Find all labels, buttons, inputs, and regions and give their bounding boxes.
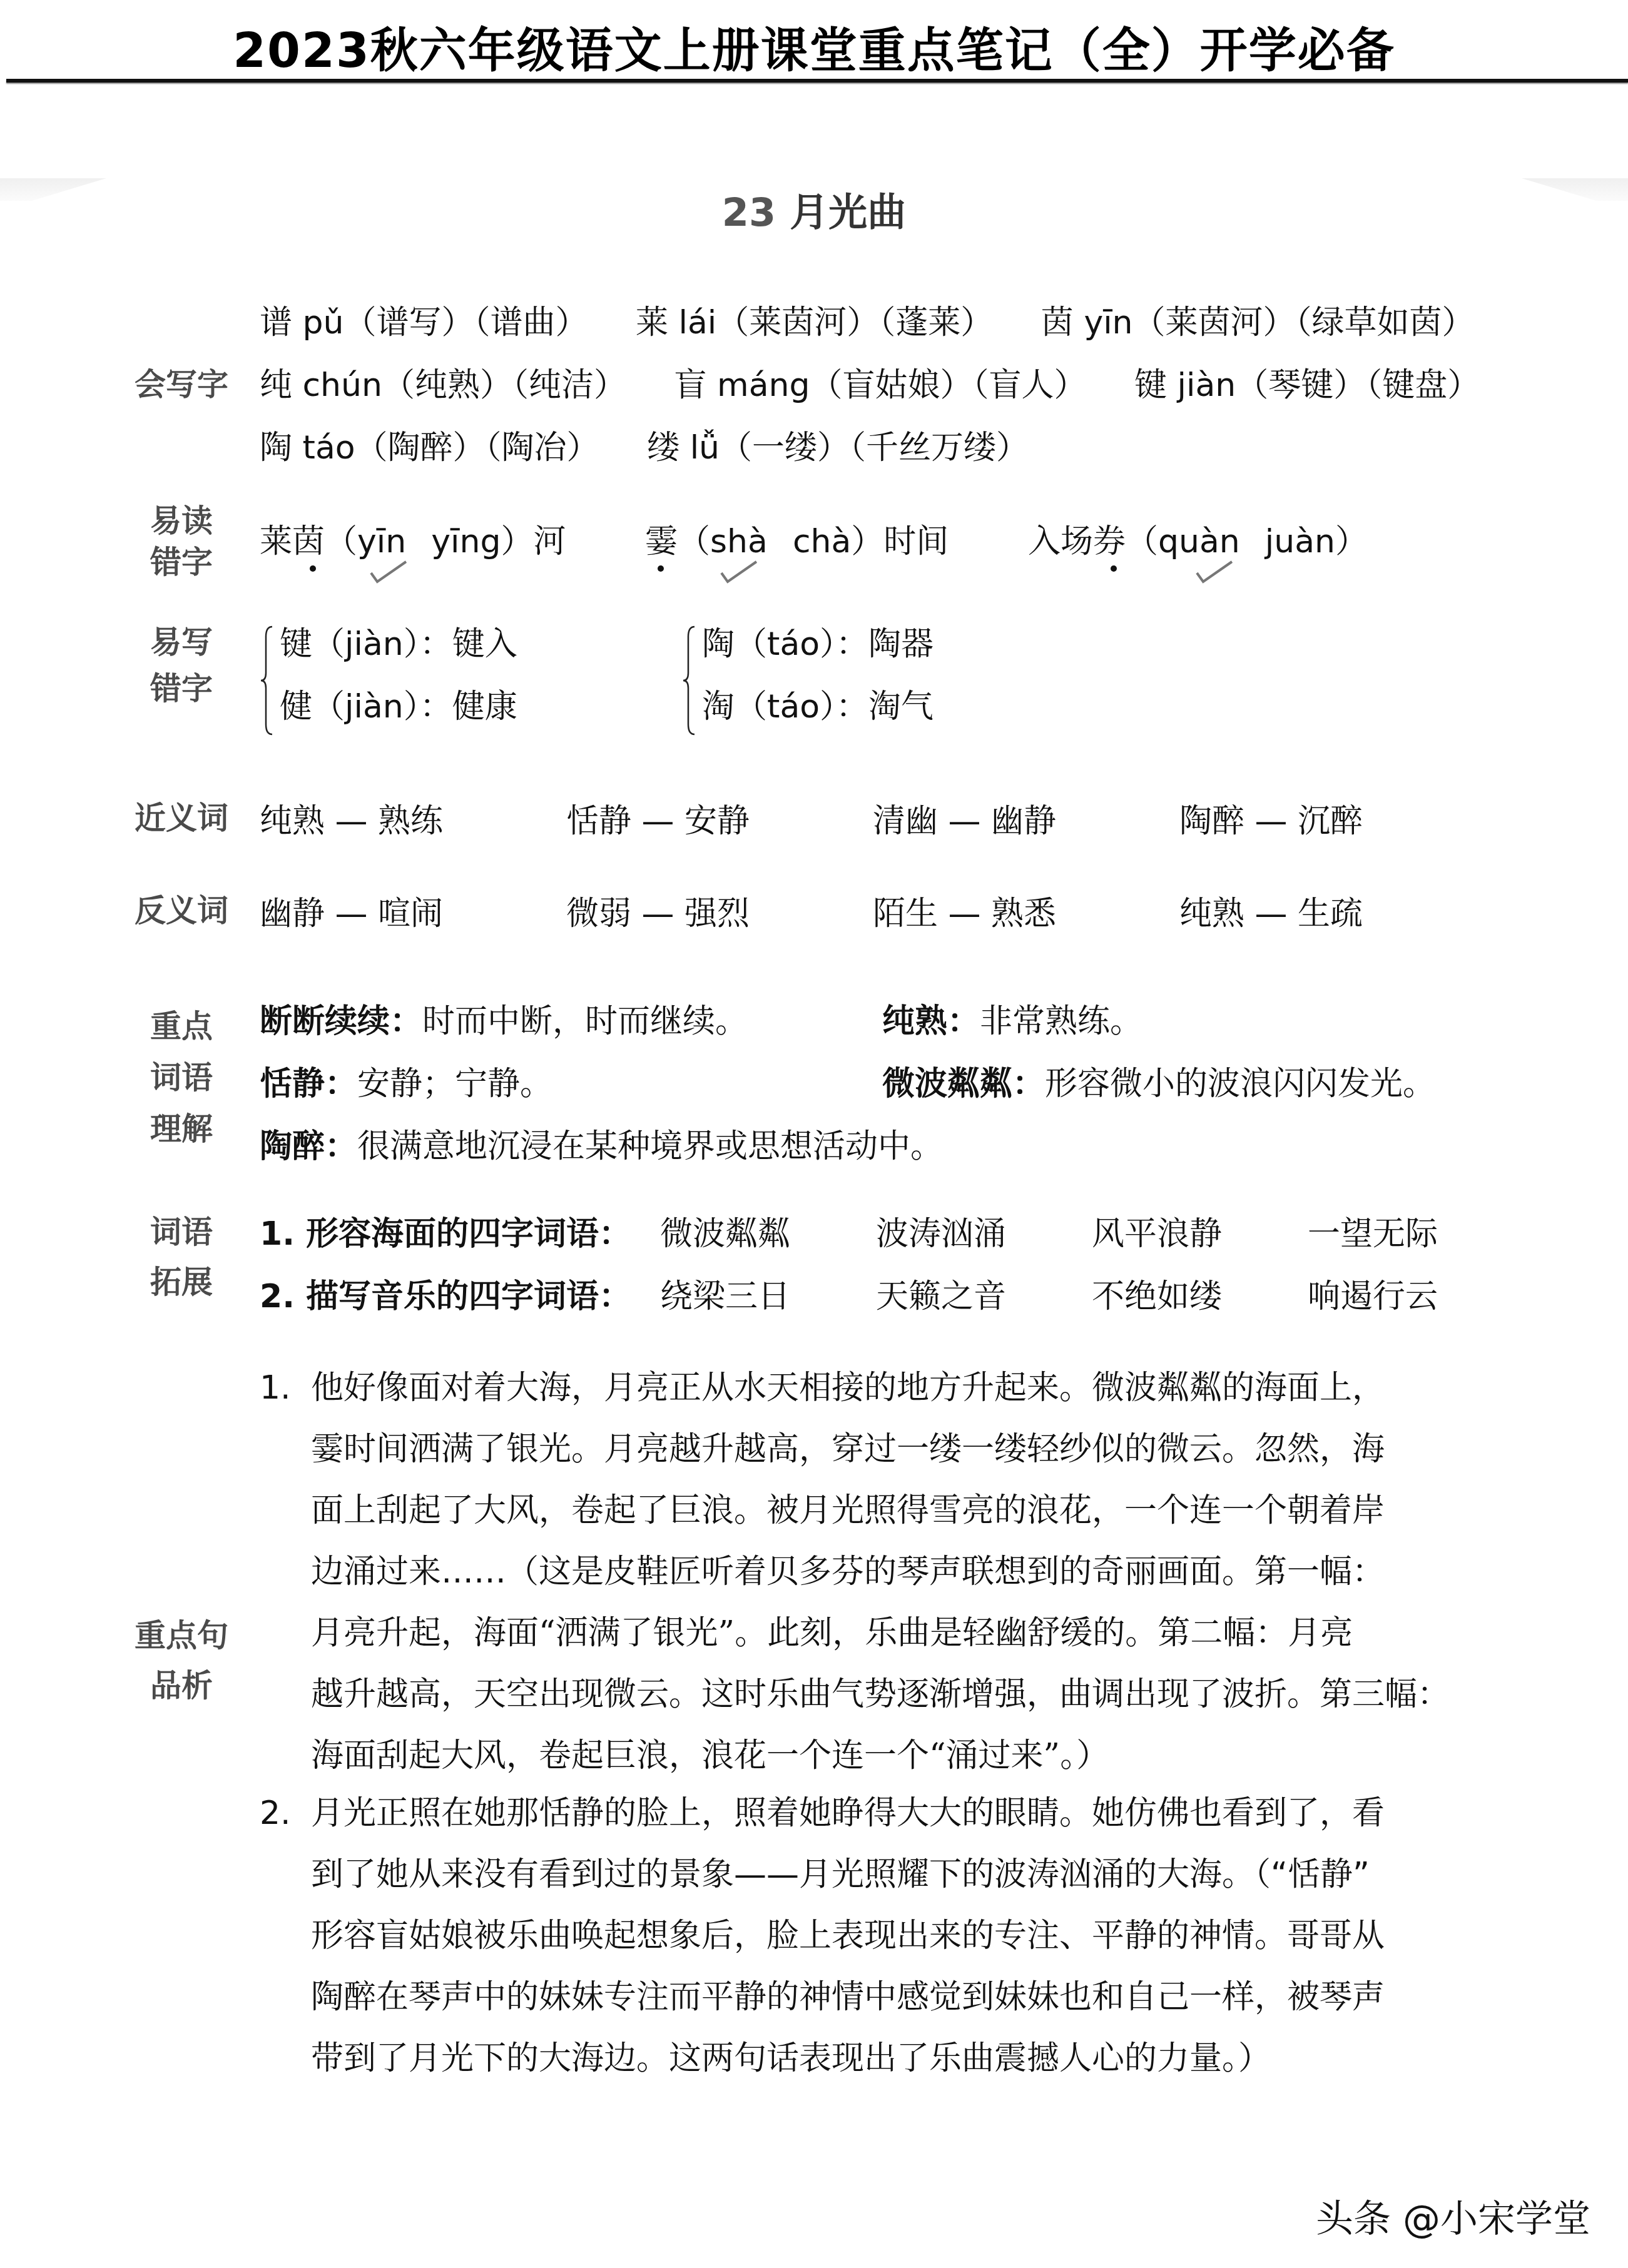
synonym-pair: 陶醉 — 沉醉 (1179, 794, 1480, 841)
paragraph-line: 带到了月光下的大海边。这两句话表现出了乐曲震撼人心的力量。） (260, 2028, 1511, 2089)
section-label-miswrite: 易写 错字 (119, 619, 244, 712)
antonym-pair: 微弱 — 强烈 (566, 887, 867, 934)
paragraph-line: 形容盲姑娘被乐曲唤起想象后，脸上表现出来的专注、平静的神情。哥哥从 (260, 1905, 1511, 1967)
write-char-item: 茵 yīn（莱茵河）（绿草如茵） (1041, 291, 1475, 354)
section-label-expansion: 词语 拓展 (119, 1207, 244, 1307)
key-word-item: 纯熟：非常熟练。 (882, 995, 1508, 1041)
key-sentence-paragraph-2: 2.月光正照在她那恬静的脸上，照着她睁得大大的眼睛。她仿佛也看到了，看 到了她从… (260, 1783, 1511, 2089)
write-chars-row-3: 陶 táo（陶醉）（陶冶） 缕 lǚ（一缕）（千丝万缕） (260, 417, 1066, 479)
section-label-write-chars: 会写字 (119, 360, 244, 410)
label-line: 重点句 (119, 1611, 244, 1661)
label-line: 拓展 (119, 1257, 244, 1307)
misread-suffix: 河 (533, 523, 566, 560)
paren: ） (501, 523, 533, 560)
label-line: 词语 (119, 1052, 244, 1103)
emphasis-dot-icon (310, 565, 316, 572)
paragraph-text: 月光正照在她那恬静的脸上，照着她睁得大大的眼睛。她仿佛也看到了，看 (311, 1795, 1385, 1832)
miswrite-entry: 淘（táo）：淘气 (702, 676, 934, 738)
key-word-definition: 时而中断，时而继续。 (422, 1003, 748, 1040)
paragraph-line: 月亮升起，海面“洒满了银光”。此刻，乐曲是轻幽舒缓的。第二幅：月亮 (260, 1602, 1511, 1664)
paragraph-line: 霎时间洒满了银光。月亮越升越高，穿过一缕一缕轻纱似的微云。忽然，海 (260, 1419, 1511, 1480)
label-line: 理解 (119, 1103, 244, 1155)
miswrite-entry: 陶（táo）：陶器 (702, 613, 934, 676)
antonym-pair: 陌生 — 熟悉 (873, 887, 1173, 934)
key-word-term: 陶醉： (260, 1128, 357, 1165)
left-brace-icon (682, 624, 696, 737)
write-char-item: 缕 lǚ（一缕）（千丝万缕） (647, 417, 1029, 479)
left-brace-icon (260, 624, 273, 737)
synonym-pair: 恬静 — 安静 (566, 794, 867, 841)
paragraph-line: 面上刮起了大风，卷起了巨浪。被月光照得雪亮的浪花，一个连一个朝着岸 (260, 1480, 1511, 1541)
paragraph-line: 到了她从来没有看到过的景象——月光照耀下的波涛汹涌的大海。（“恬静” (260, 1844, 1511, 1905)
write-char-item: 纯 chún（纯熟）（纯洁） (260, 354, 626, 417)
section-label-key-sentences: 重点句 品析 (119, 1611, 244, 1711)
label-line: 错字 (119, 542, 244, 583)
key-word-definition: 很满意地沉浸在某种境界或思想活动中。 (357, 1128, 943, 1165)
expansion-word: 响遏行云 (1308, 1270, 1608, 1317)
misread-row: 莱茵（yīnyīng）河 霎（shàchà）时间 入场券（quànjuàn） (260, 510, 1437, 573)
key-word-item: 断断续续：时而中断，时而继续。 (260, 995, 885, 1041)
paren: （ (325, 523, 357, 560)
key-word-definition: 安静；宁静。 (357, 1065, 552, 1103)
paragraph-line: 越升越高，天空出现微云。这时乐曲气势逐渐增强，曲调出现了波折。第三幅： (260, 1664, 1511, 1725)
miswrite-entry: 健（jiàn）：健康 (280, 676, 517, 738)
paragraph-text: 他好像面对着大海，月亮正从水天相接的地方升起来。微波粼粼的海面上， (311, 1369, 1385, 1407)
paragraph-line: 陶醉在琴声中的妹妹专注而平静的神情中感觉到妹妹也和自己一样，被琴声 (260, 1967, 1511, 2028)
paragraph-line: 边涌过来……（这是皮鞋匠听着贝多芬的琴声联想到的奇丽画面。第一幅： (260, 1541, 1511, 1602)
paragraph-line: 海面刮起大风，卷起巨浪，浪花一个连一个“涌过来”。） (260, 1725, 1511, 1786)
label-line: 词语 (119, 1207, 244, 1257)
pinyin-option: juàn (1265, 523, 1335, 560)
write-char-item: 莱 lái（莱茵河）（蓬莱） (636, 291, 993, 354)
section-label-antonyms: 反义词 (119, 886, 244, 936)
miswrite-group-2: 陶（táo）：陶器 淘（táo）：淘气 (682, 619, 1057, 744)
key-word-item: 微波粼粼：形容微小的波浪闪闪发光。 (882, 1057, 1570, 1104)
misread-suffix: 时间 (883, 523, 949, 560)
header-divider (6, 79, 1628, 83)
pinyin-option: yīng (431, 523, 501, 560)
label-line: 易读 (119, 500, 244, 542)
section-label-synonyms: 近义词 (119, 793, 244, 843)
page-header: 2023秋六年级语文上册课堂重点笔记（全）开学必备 (0, 0, 1628, 81)
key-word-item: 陶醉：很满意地沉浸在某种境界或思想活动中。 (260, 1120, 1198, 1167)
antonym-pair: 幽静 — 喧闹 (260, 887, 560, 934)
expansion-title: 2. 描写音乐的四字词语： (260, 1270, 660, 1317)
write-chars-row-2: 纯 chún（纯熟）（纯洁） 盲 máng（盲姑娘）（盲人） 键 jiàn（琴键… (260, 354, 1517, 417)
expansion-word: 一望无际 (1308, 1207, 1608, 1254)
paren: ） (851, 523, 883, 560)
emphasis-dot-icon (658, 565, 664, 572)
miswrite-group-1: 键（jiàn）：键入 健（jiàn）：健康 (260, 619, 635, 744)
lesson-title: 月光曲 (790, 190, 906, 235)
paragraph-line: 2.月光正照在她那恬静的脸上，照着她睁得大大的眼睛。她仿佛也看到了，看 (260, 1783, 1511, 1844)
expansion-title: 1. 形容海面的四字词语： (260, 1207, 660, 1254)
write-char-item: 键 jiàn（琴键）（键盘） (1134, 354, 1480, 417)
label-line: 易写 (119, 619, 244, 666)
write-char-item: 陶 táo（陶醉）（陶冶） (260, 417, 599, 479)
key-word-term: 微波粼粼： (882, 1065, 1045, 1103)
misread-word: 霎 (645, 523, 678, 560)
miswrite-entry: 键（jiàn）：键入 (280, 613, 517, 676)
paragraph-number: 1. (260, 1357, 311, 1419)
antonym-pair: 纯熟 — 生疏 (1179, 887, 1480, 934)
write-char-item: 谱 pǔ（谱写）（谱曲） (260, 291, 588, 354)
emphasis-dot-icon (1111, 565, 1117, 572)
synonym-pair: 清幽 — 幽静 (873, 794, 1173, 841)
checkmark-icon (370, 559, 407, 584)
lesson-heading: 23月光曲 (0, 181, 1628, 237)
key-word-term: 恬静： (260, 1065, 357, 1103)
misread-word: 入场券 (1028, 523, 1126, 560)
write-char-item: 盲 máng（盲姑娘）（盲人） (674, 354, 1087, 417)
synonym-pair: 纯熟 — 熟练 (260, 794, 560, 841)
key-word-item: 恬静：安静；宁静。 (260, 1057, 885, 1104)
checkmark-icon (1196, 559, 1233, 584)
key-word-definition: 形容微小的波浪闪闪发光。 (1045, 1065, 1435, 1103)
pinyin-option: chà (793, 523, 851, 560)
write-chars-row-1: 谱 pǔ（谱写）（谱曲） 莱 lái（莱茵河）（蓬莱） 茵 yīn（莱茵河）（绿… (260, 291, 1512, 354)
pinyin-option-correct: yīn (357, 523, 406, 560)
pinyin-option-correct: quàn (1158, 523, 1240, 560)
section-label-misread: 易读 错字 (119, 500, 244, 583)
misread-item: 入场券（quànjuàn） (1028, 510, 1368, 573)
label-line: 品析 (119, 1661, 244, 1711)
key-sentence-paragraph-1: 1.他好像面对着大海，月亮正从水天相接的地方升起来。微波粼粼的海面上， 霎时间洒… (260, 1357, 1511, 1786)
key-word-definition: 非常熟练。 (980, 1003, 1142, 1040)
lesson-number: 23 (722, 190, 776, 235)
paren: ） (1335, 523, 1368, 560)
misread-item: 霎（shàchà）时间 (645, 510, 949, 573)
paragraph-line: 1.他好像面对着大海，月亮正从水天相接的地方升起来。微波粼粼的海面上， (260, 1357, 1511, 1419)
paren: （ (678, 523, 710, 560)
misread-word: 莱茵 (260, 523, 325, 560)
label-line: 重点 (119, 1001, 244, 1052)
key-word-term: 断断续续： (260, 1003, 422, 1040)
label-line: 错字 (119, 666, 244, 712)
paren: （ (1126, 523, 1158, 560)
key-word-term: 纯熟： (882, 1003, 980, 1040)
watermark: 头条 @小宋学堂 (1316, 2189, 1590, 2243)
checkmark-icon (720, 559, 758, 584)
section-label-key-words: 重点 词语 理解 (119, 1001, 244, 1155)
paragraph-number: 2. (260, 1783, 311, 1844)
misread-item: 莱茵（yīnyīng）河 (260, 510, 566, 573)
cropped-text-fragment: · · · · · · · (350, 2112, 1186, 2120)
pinyin-option-correct: shà (710, 523, 768, 560)
document-title: 2023秋六年级语文上册课堂重点笔记（全）开学必备 (0, 13, 1628, 81)
